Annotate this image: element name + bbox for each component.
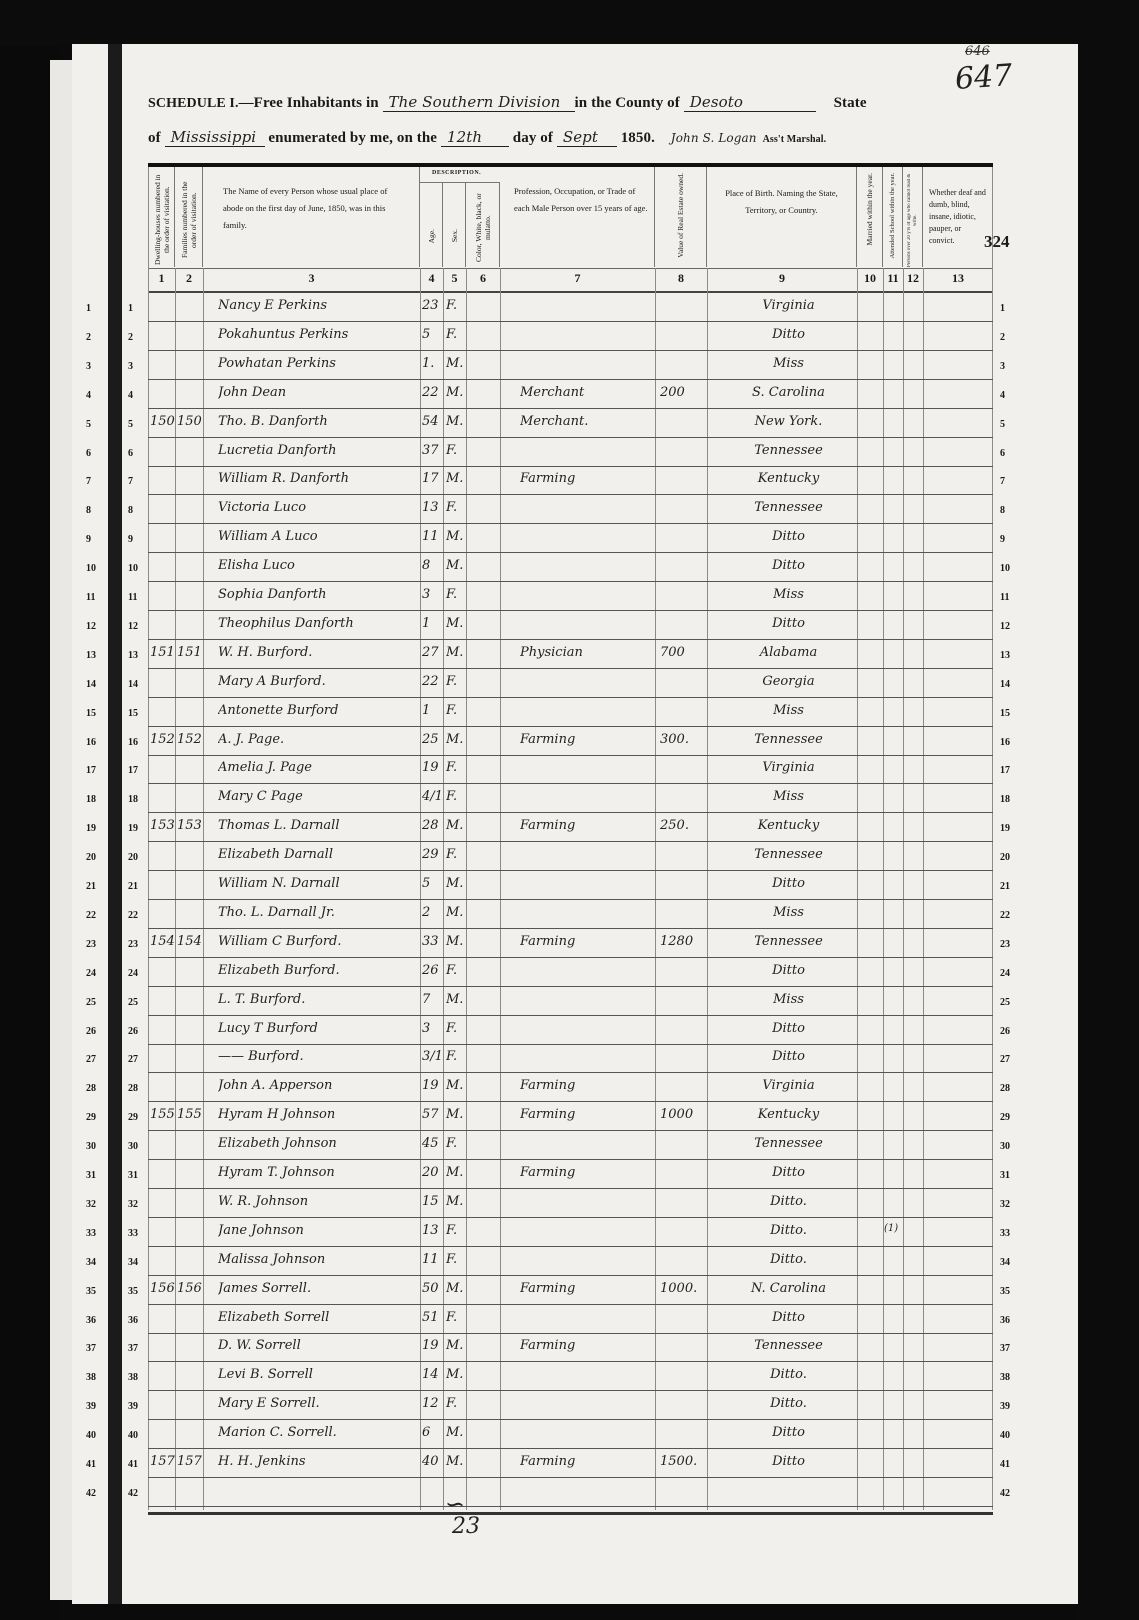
age-value: 3 (422, 587, 443, 609)
line-number: 14 (1000, 679, 1010, 690)
line-number: 28 (1000, 1083, 1010, 1094)
line-number: 16 (1000, 737, 1010, 748)
age-value: 17 (422, 471, 443, 493)
year-label: 1850. (621, 130, 655, 146)
person-name: Elizabeth Johnson (218, 1136, 420, 1158)
occupation-value (520, 847, 655, 869)
line-number: 15 (1000, 708, 1010, 719)
birthplace-value: Virginia (720, 298, 857, 320)
family-number (177, 703, 203, 725)
dwelling-number (150, 385, 175, 407)
line-number: 7 (1000, 476, 1005, 487)
dwelling-number (150, 760, 175, 782)
line-number: 32 (128, 1199, 138, 1210)
previous-page-line-number: 37 (86, 1343, 96, 1354)
birthplace-value: Ditto. (720, 1194, 857, 1216)
family-number (177, 500, 203, 522)
person-name: A. J. Page. (218, 732, 420, 754)
previous-page-line-number: 25 (86, 997, 96, 1008)
line-number: 28 (128, 1083, 138, 1094)
dwelling-number (150, 616, 175, 638)
person-name: Mary A Burford. (218, 674, 420, 696)
school-mark (884, 616, 903, 638)
real-estate-value: 250. (660, 818, 707, 840)
table-row: 150150Tho. B. Danforth54M.Merchant.New Y… (148, 409, 993, 438)
occupation-value: Physician (520, 645, 655, 667)
line-number: 4 (128, 390, 133, 401)
age-value: 13 (422, 500, 443, 522)
family-number (177, 905, 203, 927)
person-name: Mary E Sorrell. (218, 1396, 420, 1418)
age-value: 45 (422, 1136, 443, 1158)
line-number: 1 (1000, 303, 1005, 314)
previous-page-line-number: 41 (86, 1459, 96, 1470)
col-num-12: 12 (903, 271, 923, 286)
col-header-birthplace: Place of Birth. Naming the State, Territ… (707, 167, 857, 267)
page-number: 324 (984, 232, 1010, 252)
sex-value: M. (446, 905, 466, 927)
sex-value: F. (446, 443, 466, 465)
family-number (177, 760, 203, 782)
person-name: Nancy E Perkins (218, 298, 420, 320)
birthplace-value: Kentucky (720, 1107, 857, 1129)
line-number: 39 (1000, 1401, 1010, 1412)
birthplace-value: Ditto (720, 1454, 857, 1476)
real-estate-value (660, 1078, 707, 1100)
school-mark (884, 1396, 903, 1418)
previous-page-line-number: 23 (86, 939, 96, 950)
school-mark (884, 529, 903, 551)
dwelling-number: 151 (150, 645, 175, 667)
line-number: 27 (128, 1054, 138, 1065)
occupation-value (520, 1136, 655, 1158)
sex-value: M. (446, 732, 466, 754)
birthplace-value: Ditto. (720, 1223, 857, 1245)
occupation-value (520, 1194, 655, 1216)
age-value: 8 (422, 558, 443, 580)
family-number (177, 1252, 203, 1274)
line-number: 38 (1000, 1372, 1010, 1383)
sheet-number: 647 (954, 58, 1014, 97)
table-row: Sophia Danforth3F.Miss (148, 582, 993, 611)
table-row: Theophilus Danforth1M.Ditto (148, 611, 993, 640)
previous-page-line-number: 40 (86, 1430, 96, 1441)
line-number: 15 (128, 708, 138, 719)
sex-value: F. (446, 1021, 466, 1043)
previous-page-line-number: 1 (86, 303, 91, 314)
family-number (177, 385, 203, 407)
school-mark (884, 500, 903, 522)
line-number: 20 (1000, 852, 1010, 863)
sex-value: M. (446, 1367, 466, 1389)
school-mark (884, 1483, 903, 1505)
real-estate-value (660, 905, 707, 927)
real-estate-value: 1000 (660, 1107, 707, 1129)
birthplace-value: Ditto (720, 1165, 857, 1187)
previous-page-line-number: 22 (86, 910, 96, 921)
person-name: William C Burford. (218, 934, 420, 956)
col-num-5: 5 (443, 271, 466, 286)
age-value: 3 (422, 1021, 443, 1043)
line-number: 8 (1000, 505, 1005, 516)
dwelling-number (150, 356, 175, 378)
col-header-real-estate: Value of Real Estate owned. (655, 167, 707, 267)
school-mark (884, 1165, 903, 1187)
real-estate-value (660, 992, 707, 1014)
line-number: 30 (128, 1141, 138, 1152)
line-number: 32 (1000, 1199, 1010, 1210)
family-number (177, 1367, 203, 1389)
crossed-sheet-number: 646 (965, 44, 990, 59)
person-name: H. H. Jenkins (218, 1454, 420, 1476)
birthplace-value: Ditto (720, 1021, 857, 1043)
line-number: 3 (1000, 361, 1005, 372)
real-estate-value: 700 (660, 645, 707, 667)
sex-value: F. (446, 500, 466, 522)
occupation-value: Farming (520, 818, 655, 840)
birthplace-value: Ditto (720, 529, 857, 551)
previous-page-line-number: 8 (86, 505, 91, 516)
school-mark (884, 703, 903, 725)
sex-value: F. (446, 587, 466, 609)
enumerated-label: enumerated by me, on the (268, 130, 437, 146)
occupation-value (520, 760, 655, 782)
school-mark (884, 934, 903, 956)
line-number: 19 (128, 823, 138, 834)
line-number: 36 (128, 1315, 138, 1326)
family-number (177, 1310, 203, 1332)
enumeration-line: of Mississippi enumerated by me, on the … (148, 128, 826, 147)
person-name: W. R. Johnson (218, 1194, 420, 1216)
family-number (177, 847, 203, 869)
school-mark (884, 1281, 903, 1303)
col-num-7: 7 (500, 271, 655, 286)
line-number: 39 (128, 1401, 138, 1412)
age-value: 4/12 (422, 789, 443, 811)
occupation-value (520, 1483, 655, 1505)
previous-page-line-number: 16 (86, 737, 96, 748)
person-name: Pokahuntus Perkins (218, 327, 420, 349)
real-estate-value (660, 1425, 707, 1447)
line-number: 5 (1000, 419, 1005, 430)
line-number: 17 (1000, 765, 1010, 776)
county-label: in the County of (575, 95, 680, 111)
occupation-value (520, 992, 655, 1014)
age-value: 19 (422, 1338, 443, 1360)
previous-page-line-number: 28 (86, 1083, 96, 1094)
dwelling-number (150, 1396, 175, 1418)
col-header-sex: Sex. (443, 183, 466, 267)
sex-value: F. (446, 789, 466, 811)
occupation-value: Merchant (520, 385, 655, 407)
table-row: Levi B. Sorrell14M.Ditto. (148, 1362, 993, 1391)
col-num-1: 1 (148, 271, 175, 286)
sex-value: M. (446, 529, 466, 551)
line-number: 12 (128, 621, 138, 632)
occupation-value: Farming (520, 1454, 655, 1476)
dwelling-number (150, 703, 175, 725)
previous-page-line-number: 7 (86, 476, 91, 487)
line-number: 8 (128, 505, 133, 516)
school-mark (884, 1338, 903, 1360)
month-field: Sept (557, 128, 617, 147)
birthplace-value: Miss (720, 789, 857, 811)
line-number: 7 (128, 476, 133, 487)
dwelling-number (150, 1252, 175, 1274)
real-estate-value (660, 674, 707, 696)
line-number: 2 (128, 332, 133, 343)
family-number (177, 674, 203, 696)
occupation-value (520, 1252, 655, 1274)
line-number: 16 (128, 737, 138, 748)
real-estate-value (660, 1483, 707, 1505)
sex-value: M. (446, 1194, 466, 1216)
family-number (177, 876, 203, 898)
dwelling-number (150, 1165, 175, 1187)
table-row: Elizabeth Sorrell51F.Ditto (148, 1305, 993, 1334)
table-row: W. R. Johnson15M.Ditto. (148, 1189, 993, 1218)
col-header-married: Married within the year. (857, 167, 883, 267)
col-num-4: 4 (420, 271, 443, 286)
school-mark (884, 327, 903, 349)
sex-value: M. (446, 1338, 466, 1360)
real-estate-value (660, 1165, 707, 1187)
real-estate-value (660, 1223, 707, 1245)
birthplace-value: Tennessee (720, 847, 857, 869)
person-name: John Dean (218, 385, 420, 407)
occupation-value: Farming (520, 934, 655, 956)
school-mark (884, 732, 903, 754)
occupation-value (520, 703, 655, 725)
previous-page-line-number: 13 (86, 650, 96, 661)
school-mark (884, 443, 903, 465)
person-name: Tho. L. Darnall Jr. (218, 905, 420, 927)
line-number: 26 (1000, 1026, 1010, 1037)
family-number (177, 1223, 203, 1245)
dwelling-number (150, 1338, 175, 1360)
line-number: 10 (128, 563, 138, 574)
birthplace-value: Ditto (720, 876, 857, 898)
sex-value: F. (446, 1223, 466, 1245)
dwelling-number: 153 (150, 818, 175, 840)
birthplace-value: Ditto (720, 963, 857, 985)
binding-gutter (108, 44, 122, 1604)
birthplace-value: Ditto (720, 1310, 857, 1332)
sex-value: F. (446, 703, 466, 725)
table-row: Elizabeth Darnall29F.Tennessee (148, 842, 993, 871)
line-number: 2 (1000, 332, 1005, 343)
birthplace-value: Ditto (720, 1049, 857, 1071)
school-mark (884, 587, 903, 609)
sex-value: M. (446, 992, 466, 1014)
age-value: 14 (422, 1367, 443, 1389)
occupation-value (520, 443, 655, 465)
school-mark (884, 414, 903, 436)
occupation-value: Merchant. (520, 414, 655, 436)
birthplace-value: Virginia (720, 760, 857, 782)
school-mark (884, 1252, 903, 1274)
person-name (218, 1483, 420, 1505)
family-number: 150 (177, 414, 203, 436)
family-number (177, 1021, 203, 1043)
table-row: Lucretia Danforth37F.Tennessee (148, 438, 993, 467)
real-estate-value: 1280 (660, 934, 707, 956)
previous-page-line-number: 42 (86, 1488, 96, 1499)
sex-value: M. (446, 1107, 466, 1129)
real-estate-value (660, 529, 707, 551)
col-header-infirmity: Whether deaf and dumb, blind, insane, id… (923, 167, 993, 267)
line-number: 41 (1000, 1459, 1010, 1470)
real-estate-value (660, 471, 707, 493)
age-value: 33 (422, 934, 443, 956)
sex-value: F. (446, 847, 466, 869)
previous-page-line-number: 39 (86, 1401, 96, 1412)
school-mark (884, 847, 903, 869)
birthplace-value: Miss (720, 587, 857, 609)
family-number (177, 992, 203, 1014)
previous-page-line-number: 33 (86, 1228, 96, 1239)
age-value: 27 (422, 645, 443, 667)
sex-value: F. (446, 1049, 466, 1071)
table-row: 153153Thomas L. Darnall28M.Farming250.Ke… (148, 813, 993, 842)
sex-value: M. (446, 1454, 466, 1476)
division-field: The Southern Division (383, 93, 575, 112)
table-row: Powhatan Perkins1.M.Miss (148, 351, 993, 380)
bottom-rule (148, 1512, 993, 1515)
family-number (177, 587, 203, 609)
line-number: 24 (128, 968, 138, 979)
family-number (177, 1483, 203, 1505)
family-number (177, 1396, 203, 1418)
school-mark (884, 1454, 903, 1476)
scan-border-right (1078, 0, 1139, 1620)
line-number: 40 (128, 1430, 138, 1441)
school-mark (884, 645, 903, 667)
table-row: Elizabeth Johnson45F.Tennessee (148, 1131, 993, 1160)
table-row: Pokahuntus Perkins5F.Ditto (148, 322, 993, 351)
birthplace-value: Ditto (720, 558, 857, 580)
dwelling-number: 156 (150, 1281, 175, 1303)
occupation-value (520, 789, 655, 811)
dwelling-number: 157 (150, 1454, 175, 1476)
occupation-value: Farming (520, 471, 655, 493)
table-row: William R. Danforth17M.FarmingKentucky (148, 466, 993, 495)
sex-value: M. (446, 1281, 466, 1303)
real-estate-value (660, 1310, 707, 1332)
age-value: 29 (422, 847, 443, 869)
table-row: Marion C. Sorrell.6M.Ditto (148, 1420, 993, 1449)
sex-value: M. (446, 934, 466, 956)
dwelling-number (150, 992, 175, 1014)
dwelling-number (150, 1223, 175, 1245)
birthplace-value: N. Carolina (720, 1281, 857, 1303)
person-name: D. W. Sorrell (218, 1338, 420, 1360)
line-number: 27 (1000, 1054, 1010, 1065)
real-estate-value (660, 1021, 707, 1043)
dwelling-number (150, 1310, 175, 1332)
previous-page-line-number: 18 (86, 794, 96, 805)
line-number: 42 (128, 1488, 138, 1499)
person-name: Mary C Page (218, 789, 420, 811)
previous-page-line-number: 35 (86, 1286, 96, 1297)
dwelling-number: 150 (150, 414, 175, 436)
family-number (177, 1078, 203, 1100)
birthplace-value: Ditto (720, 616, 857, 638)
table-row: Nancy E Perkins23F.Virginia (148, 293, 993, 322)
age-value: 50 (422, 1281, 443, 1303)
school-mark (884, 1078, 903, 1100)
table-row: 151151W. H. Burford.27M.Physician700Alab… (148, 640, 993, 669)
dwelling-number (150, 674, 175, 696)
occupation-value (520, 529, 655, 551)
sex-value: F. (446, 1310, 466, 1332)
age-value: 28 (422, 818, 443, 840)
age-value: 23 (422, 298, 443, 320)
sex-value: F. (446, 963, 466, 985)
age-value: 19 (422, 760, 443, 782)
school-mark (884, 1136, 903, 1158)
person-name: John A. Apperson (218, 1078, 420, 1100)
line-number: 29 (1000, 1112, 1010, 1123)
occupation-value (520, 327, 655, 349)
occupation-value (520, 1310, 655, 1332)
line-number: 30 (1000, 1141, 1010, 1152)
line-number: 22 (128, 910, 138, 921)
family-number (177, 1194, 203, 1216)
dwelling-number (150, 905, 175, 927)
school-mark (884, 1049, 903, 1071)
person-name: Elizabeth Sorrell (218, 1310, 420, 1332)
age-value: 22 (422, 385, 443, 407)
occupation-value (520, 500, 655, 522)
family-number (177, 789, 203, 811)
table-row: William N. Darnall5M.Ditto (148, 871, 993, 900)
sex-value: M. (446, 558, 466, 580)
real-estate-value (660, 414, 707, 436)
line-number: 40 (1000, 1430, 1010, 1441)
dwelling-number (150, 789, 175, 811)
previous-page-line-number: 11 (86, 592, 95, 603)
col-num-10: 10 (857, 271, 883, 286)
birthplace-value: Tennessee (720, 934, 857, 956)
line-number: 19 (1000, 823, 1010, 834)
school-mark (884, 674, 903, 696)
person-name: Tho. B. Danforth (218, 414, 420, 436)
sex-value: M. (446, 414, 466, 436)
line-number: 9 (1000, 534, 1005, 545)
real-estate-value (660, 703, 707, 725)
person-name: Marion C. Sorrell. (218, 1425, 420, 1447)
person-name: Theophilus Danforth (218, 616, 420, 638)
age-value: 57 (422, 1107, 443, 1129)
birthplace-value: Kentucky (720, 471, 857, 493)
person-name: Levi B. Sorrell (218, 1367, 420, 1389)
sex-value: F. (446, 298, 466, 320)
line-number: 36 (1000, 1315, 1010, 1326)
col-num-6: 6 (466, 271, 500, 286)
real-estate-value (660, 1396, 707, 1418)
school-mark (884, 385, 903, 407)
person-name: Powhatan Perkins (218, 356, 420, 378)
occupation-value: Farming (520, 1107, 655, 1129)
family-number (177, 616, 203, 638)
real-estate-value: 300. (660, 732, 707, 754)
person-name: Elizabeth Darnall (218, 847, 420, 869)
line-number: 1 (128, 303, 133, 314)
schedule-label: SCHEDULE I. (148, 96, 239, 111)
age-value: 7 (422, 992, 443, 1014)
real-estate-value (660, 587, 707, 609)
